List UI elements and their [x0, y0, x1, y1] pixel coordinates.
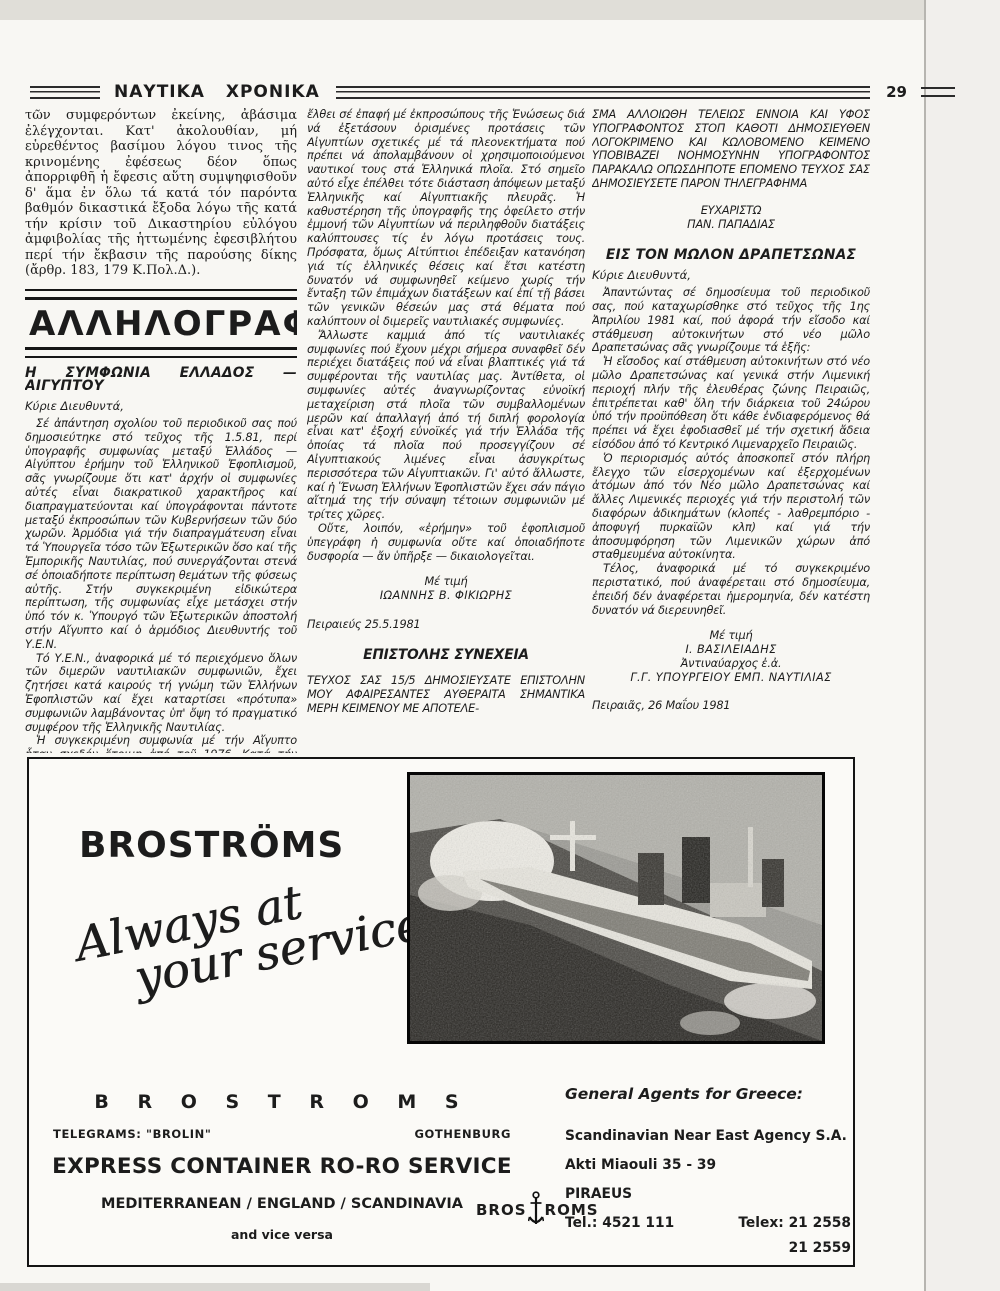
letter3-paragraph: Τέλος, ἀναφορικά μέ τό συγκεκριμένο περι…	[592, 562, 870, 617]
page-number: 29	[886, 83, 907, 101]
ad-telex-2: 21 2559	[565, 1240, 865, 1256]
ad-contact-row: Tel.: 4521 111 Telex: 21 2558	[565, 1215, 865, 1231]
telegram-signature: ΠΑΝ. ΠΑΠΑΔΙΑΣ	[592, 218, 870, 232]
ad-agents-label: General Agents for Greece:	[565, 1085, 865, 1103]
section-heading-box: ΑΛΛΗΛΟΓΡΑΦΙΑ	[25, 289, 297, 358]
masthead-rule-left	[30, 86, 100, 99]
letter3-signature-title: Ἀντιναύαρχος ἐ.ἀ.	[592, 657, 870, 671]
letter3-signature-org: Γ.Γ. ΥΠΟΥΡΓΕΙΟΥ ΕΜΠ. ΝΑΥΤΙΛΙΑΣ	[592, 671, 870, 685]
magazine-title: ΝΑΥΤΙΚΑ ΧΡΟΝΙΚΑ	[114, 82, 320, 102]
letter3-salutation: Κύριε Διευθυντά,	[592, 268, 870, 282]
heading-rule-top	[25, 289, 297, 300]
ship-photo	[407, 772, 825, 1044]
letter3-heading: ΕΙΣ ΤΟΝ ΜΩΛΟΝ ΔΡΑΠΕΤΣΩΝΑΣ	[592, 249, 870, 263]
letter3-signature: Ι. ΒΑΣΙΛΕΙΑΔΗΣ	[592, 643, 870, 657]
letter1-paragraph: Τό Υ.Ε.Ν., ἀναφορικά μέ τό περιεχόμενο ὅ…	[25, 652, 297, 735]
heading-rule-bottom	[25, 347, 297, 358]
anchor-icon	[528, 1190, 544, 1230]
letter1-signature: ΙΩΑΝΝΗΣ Β. ΦΙΚΙΩΡΗΣ	[307, 589, 585, 603]
letter3-closing: Μέ τιμή	[592, 629, 870, 643]
letter3-paragraph: Ὁ περιορισμός αὐτός ἀποσκοπεῖ στόν πλήρη…	[592, 452, 870, 562]
masthead-rule-right	[921, 87, 955, 97]
ad-company-block: B R O S T R O M S TELEGRAMS: "BROLIN" GO…	[47, 1091, 517, 1242]
scan-shadow-strip	[0, 0, 948, 20]
page-edge-line	[924, 0, 926, 1291]
letter1-paragraph: Σέ ἀπάντηση σχολίου τοῦ περιοδικοῦ σας π…	[25, 417, 297, 652]
page-edge-area	[926, 0, 1000, 1291]
letter1-closing: Μέ τιμή	[307, 575, 585, 589]
letter1-paragraph: Οὔτε, λοιπόν, «ἐρήμην» τοῦ ἐφοπλισμοῦ ὑπ…	[307, 522, 585, 563]
letter1-dateline: Πειραιεύς 25.5.1981	[307, 618, 585, 632]
ad-agency-address: Akti Miaouli 35 - 39	[565, 1157, 865, 1173]
section-title: ΑΛΛΗΛΟΓΡΑΦΙΑ	[25, 300, 297, 347]
column-1: τῶν συμφερόντων ἐκείνης, ἀβάσιμα ἐλέγχον…	[25, 108, 297, 753]
letter1-heading: Η ΣΥΜΦΩΝΙΑ ΕΛΛΑΔΟΣ — ΑΙΓΥΠΤΟΥ	[25, 367, 297, 395]
ad-service-line: EXPRESS CONTAINER RO-RO SERVICE	[47, 1154, 517, 1179]
letter3-paragraph: Ἀπαντώντας σέ δημοσίευμα τοῦ περιοδικοῦ …	[592, 286, 870, 355]
ship-photo-image	[410, 775, 822, 1041]
letter3-dateline: Πειραιᾶς, 26 Μαΐου 1981	[592, 699, 870, 713]
ad-route-line: MEDITERRANEAN / ENGLAND / SCANDINAVIA	[47, 1196, 517, 1212]
ad-city: GOTHENBURG	[414, 1127, 511, 1141]
ad-agency-city: PIRAEUS	[565, 1186, 865, 1202]
telegram-text-continued: ΣΜΑ ΑΛΛΟΙΩΘΗ ΤΕΛΕΙΩΣ ΕΝΝΟΙΑ ΚΑΙ ΥΦΟΣ ΥΠΟ…	[592, 108, 870, 191]
letter1-salutation: Κύριε Διευθυντά,	[25, 399, 297, 413]
ad-vice-versa: and vice versa	[47, 1227, 517, 1242]
ad-telegrams-row: TELEGRAMS: "BROLIN" GOTHENBURG	[47, 1127, 517, 1141]
ad-telex: Telex: 21 2558	[738, 1215, 851, 1231]
ad-slogan-script: Always at your service	[72, 859, 427, 1011]
column-3: ΣΜΑ ΑΛΛΟΙΩΘΗ ΤΕΛΕΙΩΣ ΕΝΝΟΙΑ ΚΑΙ ΥΦΟΣ ΥΠΟ…	[592, 108, 870, 753]
letter1-paragraph: Ἄλλωστε καμμιά ἀπό τίς ναυτιλιακές συμφω…	[307, 329, 585, 522]
brostroms-advertisement: BROSTRÖMS Always at your service	[27, 757, 855, 1267]
letter1-paragraph: Ἡ συγκεκριμένη συμφωνία μέ τήν Αἴγυπτο ἦ…	[25, 734, 297, 753]
letter1-paragraph: ἔλθει σέ ἐπαφή μέ ἐκπροσώπους τῆς Ἑνώσεω…	[307, 108, 585, 329]
masthead-rule-middle	[336, 86, 870, 99]
ad-phone: Tel.: 4521 111	[565, 1215, 674, 1231]
ad-company-name: B R O S T R O M S	[47, 1091, 517, 1113]
letter3-paragraph: Ἡ εἴσοδος καί στάθμευση αὐτοκινήτων στό …	[592, 355, 870, 452]
magazine-page: ΝΑΥΤΙΚΑ ΧΡΟΝΙΚΑ 29 τῶν συμφερόντων ἐκείν…	[0, 0, 1000, 1291]
masthead: ΝΑΥΤΙΚΑ ΧΡΟΝΙΚΑ 29	[30, 82, 955, 102]
scan-bottom-shadow	[0, 1283, 430, 1291]
column-2: ἔλθει σέ ἐπαφή μέ ἐκπροσώπους τῆς Ἑνώσεω…	[307, 108, 585, 753]
ad-telegrams: TELEGRAMS: "BROLIN"	[53, 1127, 211, 1141]
telegram-thanks: ΕΥΧΑΡΙΣΤΩ	[592, 204, 870, 218]
logo-text-left: BROS	[476, 1201, 527, 1219]
court-ruling-text: τῶν συμφερόντων ἐκείνης, ἀβάσιμα ἐλέγχον…	[25, 108, 297, 279]
letter2-continuation-heading: ΕΠΙΣΤΟΛΗΣ ΣΥΝΕΧΕΙΑ	[307, 649, 585, 663]
ad-agency-name: Scandinavian Near East Agency S.A.	[565, 1128, 865, 1144]
ad-agent-block: General Agents for Greece: Scandinavian …	[565, 1085, 865, 1256]
ad-brand-name: BROSTRÖMS	[79, 825, 344, 866]
telegram-text: ΤΕΥΧΟΣ ΣΑΣ 15/5 ΔΗΜΟΣΙΕΥΣΑΤΕ ΕΠΙΣΤΟΛΗΝ Μ…	[307, 674, 585, 715]
